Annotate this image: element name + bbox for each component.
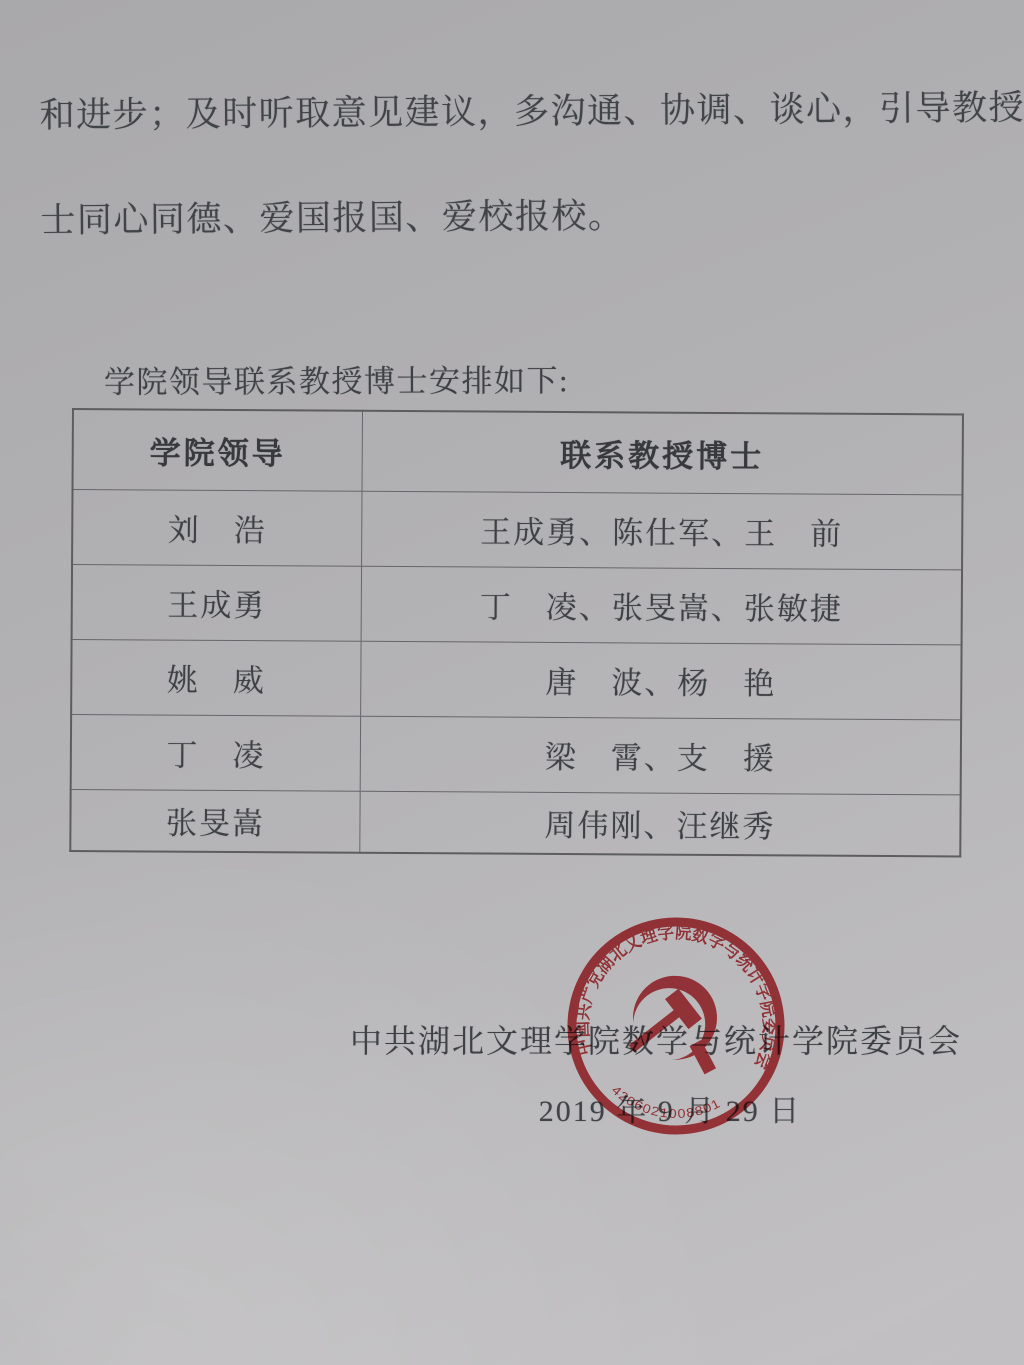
table-intro-line: 学院领导联系教授博士安排如下: — [104, 355, 569, 402]
paragraph-line-1: 和进步；及时听取意见建议，多沟通、协调、谈心，引导教授博 — [39, 81, 991, 138]
contacts-cell: 王成勇、陈仕军、王 前 — [362, 491, 963, 570]
contact-table: 学院领导 联系教授博士 刘 浩 王成勇、陈仕军、王 前 王成勇 丁 凌、张旻嵩、… — [69, 408, 964, 857]
table-row: 张旻嵩 周伟刚、汪继秀 — [70, 789, 960, 856]
contacts-cell: 唐 波、杨 艳 — [361, 641, 962, 720]
table-row: 姚 威 唐 波、杨 艳 — [71, 639, 961, 719]
contacts-cell: 梁 霄、支 援 — [360, 716, 961, 795]
leader-cell: 张旻嵩 — [70, 789, 360, 853]
header-cell-contacts: 联系教授博士 — [362, 411, 963, 495]
official-seal: 中国共产党湖北文理学院数学与统计学院委员会 4206021008801 — [549, 899, 803, 1153]
leader-cell: 姚 威 — [71, 639, 361, 716]
seal-graphic: 中国共产党湖北文理学院数学与统计学院委员会 4206021008801 — [549, 899, 803, 1153]
header-cell-leaders: 学院领导 — [73, 409, 363, 491]
contacts-cell: 周伟刚、汪继秀 — [360, 791, 961, 857]
document-photo: 和进步；及时听取意见建议，多沟通、协调、谈心，引导教授博 士同心同德、爱国报国、… — [0, 0, 1024, 1365]
contacts-cell: 丁 凌、张旻嵩、张敏捷 — [361, 566, 962, 645]
table-row: 丁 凌 梁 霄、支 援 — [71, 714, 961, 794]
table-row: 刘 浩 王成勇、陈仕军、王 前 — [72, 489, 962, 569]
leader-cell: 刘 浩 — [72, 489, 362, 566]
body-paragraph: 和进步；及时听取意见建议，多沟通、协调、谈心，引导教授博 士同心同德、爱国报国、… — [39, 81, 992, 243]
leader-cell: 王成勇 — [72, 564, 362, 641]
table-header-row: 学院领导 联系教授博士 — [73, 409, 963, 494]
paragraph-line-2: 士同心同德、爱国报国、爱校报校。 — [40, 186, 992, 243]
contact-table-wrapper: 学院领导 联系教授博士 刘 浩 王成勇、陈仕军、王 前 王成勇 丁 凌、张旻嵩、… — [69, 408, 964, 857]
table-row: 王成勇 丁 凌、张旻嵩、张敏捷 — [72, 564, 962, 644]
leader-cell: 丁 凌 — [71, 714, 361, 791]
